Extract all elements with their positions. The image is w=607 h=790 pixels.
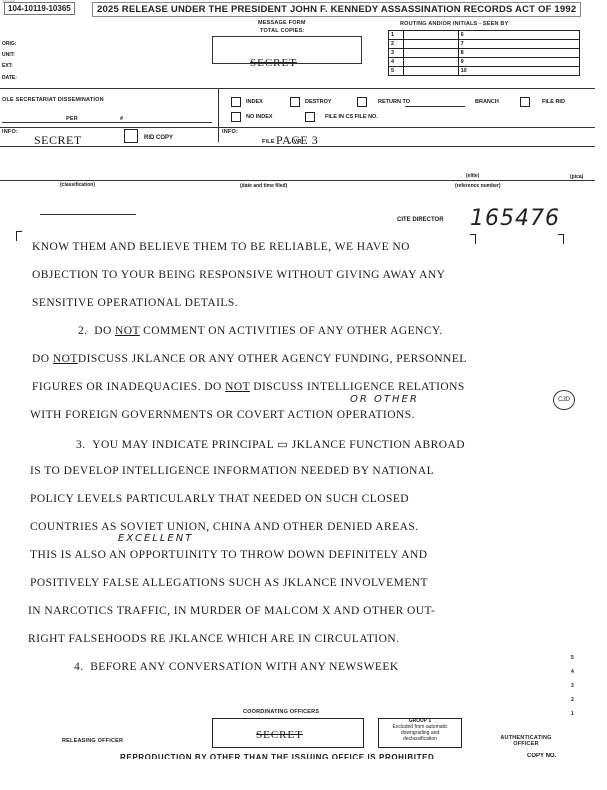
- side-number: 1: [571, 711, 574, 717]
- no-index-label: NO INDEX: [246, 114, 273, 120]
- per-label: PER: [66, 116, 78, 122]
- routing-num: 2: [389, 40, 404, 49]
- routing-cell[interactable]: [404, 31, 459, 40]
- text: YOU MAY INDICATE PRINCIPAL ▭ JKLANCE FUN…: [92, 439, 465, 451]
- corner-mark: [470, 234, 476, 244]
- text: DO: [32, 353, 50, 365]
- destroy-checkbox[interactable]: [290, 97, 300, 107]
- coordinating-officers-label: COORDINATING OFFICERS: [243, 709, 319, 715]
- routing-cell[interactable]: [404, 49, 459, 58]
- routing-num: 9: [458, 58, 579, 67]
- info-left-label: INFO:: [2, 129, 18, 135]
- return-to-line: [405, 106, 465, 107]
- body-line: COUNTRIES AS SOVIET UNION, CHINA AND OTH…: [30, 521, 419, 533]
- routing-num: 10: [458, 67, 579, 76]
- reference-caption: (reference number): [455, 183, 501, 189]
- margin-initials: CJD: [553, 390, 575, 410]
- authenticating-officer-label: AUTHENTICATING OFFICER: [496, 735, 556, 747]
- routing-num: 1: [389, 31, 404, 40]
- total-copies-label: TOTAL COPIES:: [260, 28, 304, 34]
- body-line: IN NARCOTICS TRAFFIC, IN MURDER OF MALCO…: [28, 605, 435, 617]
- classification-value: SECRET: [34, 133, 82, 148]
- routing-num: 7: [458, 40, 579, 49]
- routing-cell[interactable]: [404, 67, 459, 76]
- emphasis-not: NOT: [225, 381, 250, 393]
- unit-label: UNIT:: [2, 52, 15, 58]
- text: DO: [94, 325, 112, 337]
- message-form-label: MESSAGE FORM: [258, 20, 306, 26]
- routing-num: 4: [389, 58, 404, 67]
- para2-line4: WITH FOREIGN GOVERNMENTS OR COVERT ACTIO…: [30, 409, 415, 421]
- file-in-cs-label: FILE IN CS FILE NO.: [325, 114, 378, 120]
- divider: [0, 88, 595, 89]
- document-id: 104-10119-10365: [4, 2, 75, 15]
- text: BEFORE ANY CONVERSATION WITH ANY NEWSWEE…: [90, 661, 398, 673]
- text: OFFICER: [496, 741, 556, 747]
- number-label: #: [120, 116, 123, 122]
- handwritten-insert: EXCELLENT: [118, 533, 193, 544]
- body-line: IS TO DEVELOP INTELLIGENCE INFORMATION N…: [30, 465, 434, 477]
- routing-row: 49: [389, 58, 580, 67]
- body-line: SENSITIVE OPERATIONAL DETAILS.: [32, 297, 238, 309]
- divider: [0, 127, 595, 128]
- para-number: 2.: [78, 325, 88, 337]
- para2-line3: FIGURES OR INADEQUACIES. DO NOT DISCUSS …: [32, 381, 465, 393]
- para2-line1: 2. DO NOT COMMENT ON ACTIVITIES OF ANY O…: [78, 325, 443, 337]
- index-label: INDEX: [246, 99, 263, 105]
- routing-cell[interactable]: [404, 58, 459, 67]
- dissemination-label: OLE SECRETARIAT DISSEMINATION: [2, 97, 104, 103]
- para3-line1: 3. YOU MAY INDICATE PRINCIPAL ▭ JKLANCE …: [76, 437, 465, 451]
- side-number: 5: [571, 655, 574, 661]
- body-line: OBJECTION TO YOUR BEING RESPONSIVE WITHO…: [32, 269, 445, 281]
- emphasis-not: NOT: [115, 325, 140, 337]
- emphasis-not: NOT: [53, 353, 78, 365]
- cite-director-label: CITE DIRECTOR: [397, 217, 444, 223]
- file-rid-label: FILE RID: [542, 99, 565, 105]
- file-rid-checkbox[interactable]: [520, 97, 530, 107]
- branch-label: BRANCH: [475, 99, 499, 105]
- para-number: 4.: [74, 661, 84, 673]
- body-line: KNOW THEM AND BELIEVE THEM TO BE RELIABL…: [32, 241, 410, 253]
- handwritten-insert: OR OTHER: [350, 394, 419, 405]
- file-in-cs-checkbox[interactable]: [305, 112, 315, 122]
- routing-row: 27: [389, 40, 580, 49]
- side-number: 3: [571, 683, 574, 689]
- text: DISCUSS JKLANCE OR ANY OTHER AGENCY FUND…: [78, 353, 467, 365]
- classification-caption: (classification): [60, 182, 95, 188]
- routing-row: 38: [389, 49, 580, 58]
- elite-caption: (elite): [466, 173, 479, 179]
- routing-num: 6: [458, 31, 579, 40]
- routing-cell[interactable]: [404, 40, 459, 49]
- divider: [0, 180, 595, 181]
- destroy-label: DESTROY: [305, 99, 332, 105]
- text: DISCUSS INTELLIGENCE RELATIONS: [253, 381, 465, 393]
- copy-number-label: COPY NO.: [527, 753, 556, 758]
- routing-num: 5: [389, 67, 404, 76]
- side-number: 4: [571, 669, 574, 675]
- text: COMMENT ON ACTIVITIES OF ANY OTHER AGENC…: [143, 325, 443, 337]
- release-banner: 2025 RELEASE UNDER THE PRESIDENT JOHN F.…: [92, 2, 581, 17]
- rid-copy-label: RID COPY: [144, 135, 173, 141]
- short-rule: [40, 214, 136, 215]
- info-label: INFO:: [222, 129, 238, 135]
- para2-line2: DO NOTDISCUSS JKLANCE OR ANY OTHER AGENC…: [32, 353, 467, 365]
- date-time-caption: (date and time filed): [240, 183, 287, 189]
- para-number: 3.: [76, 439, 86, 451]
- side-number: 2: [571, 697, 574, 703]
- page-number: PAGE 3: [276, 133, 318, 148]
- pica-caption: (pica): [570, 174, 583, 180]
- return-to-label: RETURN TO: [378, 99, 410, 105]
- corner-mark: [558, 234, 564, 244]
- body-line: POSITIVELY FALSE ALLEGATIONS SUCH AS JKL…: [30, 577, 428, 589]
- reproduction-notice: REPRODUCTION BY OTHER THAN THE ISSUING O…: [120, 753, 434, 759]
- footer-classification-stamp: SECRET: [256, 729, 303, 741]
- return-to-checkbox[interactable]: [357, 97, 367, 107]
- index-checkbox[interactable]: [231, 97, 241, 107]
- para4-line1: 4. BEFORE ANY CONVERSATION WITH ANY NEWS…: [74, 661, 399, 673]
- routing-table: 16 27 38 49 510: [388, 30, 580, 76]
- body-line: THIS IS ALSO AN OPPORTUINITY TO THROW DO…: [30, 549, 427, 561]
- per-line: [2, 122, 212, 123]
- classification-stamp: SECRET: [250, 57, 297, 69]
- group-stamp: GROUP 1 Excluded from automatic downgrad…: [378, 718, 462, 742]
- file-label: FILE: [262, 139, 275, 145]
- releasing-officer-label: RELEASING OFFICER: [62, 738, 123, 744]
- cite-number: 165476: [470, 206, 560, 231]
- corner-mark: [16, 231, 22, 241]
- body-line: POLICY LEVELS PARTICULARLY THAT NEEDED O…: [30, 493, 409, 505]
- text: FIGURES OR INADEQUACIES. DO: [32, 381, 222, 393]
- orig-label: ORIG:: [2, 41, 16, 47]
- rid-copy-checkbox[interactable]: [124, 129, 138, 143]
- no-index-checkbox[interactable]: [231, 112, 241, 122]
- divider: [218, 88, 219, 142]
- group-line: declassification: [378, 736, 462, 742]
- ext-label: EXT:: [2, 63, 13, 69]
- routing-num: 8: [458, 49, 579, 58]
- body-line: RIGHT FALSEHOODS RE JKLANCE WHICH ARE IN…: [28, 633, 399, 645]
- date-label: DATE:: [2, 75, 17, 81]
- routing-num: 3: [389, 49, 404, 58]
- routing-row: 510: [389, 67, 580, 76]
- routing-row: 16: [389, 31, 580, 40]
- routing-title: ROUTING AND/OR INITIALS - SEEN BY: [400, 21, 508, 27]
